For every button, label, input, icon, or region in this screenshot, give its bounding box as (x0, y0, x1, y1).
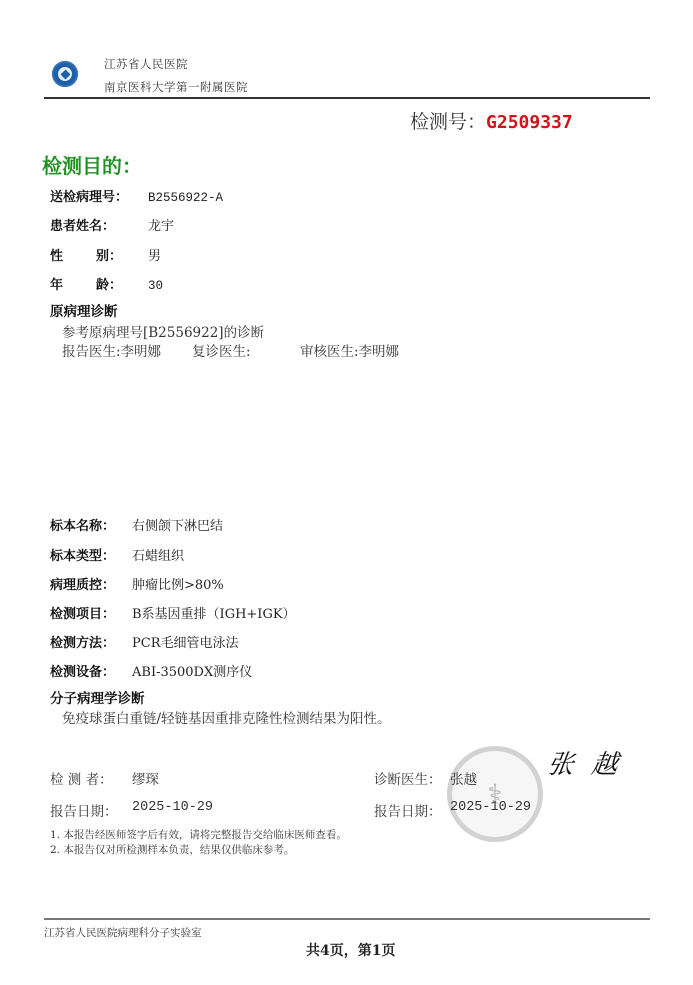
hospital-name-primary: 江苏省人民医院 (104, 56, 188, 72)
test-method-label: 检测方法： (50, 632, 132, 651)
patient-name-value: 龙宇 (148, 215, 174, 234)
pathology-qc-label: 病理质控： (50, 574, 132, 593)
tester-value: 缪琛 (132, 768, 159, 788)
specimen-type-value: 石蜡组织 (132, 545, 184, 564)
age-label-b: 龄： (96, 274, 148, 293)
test-number-label: 检测号： (410, 111, 486, 133)
test-number-value: G2509337 (486, 112, 573, 133)
sex-label-a: 性 (50, 245, 96, 264)
test-method-value: PCR毛细管电泳法 (132, 632, 238, 651)
pathology-qc-value: 肿瘤比例>80% (132, 574, 224, 593)
pathology-qc-row: 病理质控： 肿瘤比例>80% (50, 574, 224, 593)
specimen-name-row: 标本名称： 右侧颌下淋巴结 (50, 515, 223, 534)
diagnosis-doctor-label: 诊断医生： (374, 768, 442, 788)
tester-label: 检 测 者： (50, 768, 113, 788)
patient-age-value: 30 (148, 279, 163, 293)
pathology-number-label: 送检病理号： (50, 186, 148, 205)
molecular-diagnosis-text: 免疫球蛋白重链/轻链基因重排克隆性检测结果为阳性。 (62, 707, 391, 727)
sex-label-b: 别： (96, 245, 148, 264)
specimen-name-label: 标本名称： (50, 515, 132, 534)
original-diagnosis-text: 参考原病理号[B2556922]的诊断 (62, 321, 264, 341)
report-note-1: 1. 本报告经医师签字后有效，请将完整报告交给临床医师查看。 (50, 828, 347, 843)
hospital-emblem-icon (52, 61, 78, 87)
test-item-value: B系基因重排（IGH+IGK） (132, 603, 296, 622)
report-date-label-left: 报告日期： (50, 800, 118, 820)
footer-lab-name: 江苏省人民医院病理科分子实验室 (44, 925, 202, 940)
test-device-label: 检测设备： (50, 661, 132, 680)
test-item-label: 检测项目： (50, 603, 132, 622)
official-seal-icon: ⚕ (447, 746, 543, 842)
test-method-row: 检测方法： PCR毛细管电泳法 (50, 632, 238, 651)
patient-name-label: 患者姓名： (50, 215, 148, 234)
molecular-diagnosis-title: 分子病理学诊断 (50, 687, 145, 707)
pathology-number-row: 送检病理号： B2556922-A (50, 186, 223, 205)
review-doctor: 复诊医生: (192, 340, 251, 360)
diagnosis-doctor-value: 张越 (450, 768, 477, 788)
page-indicator: 共4页，第1页 (306, 940, 395, 960)
report-doctor: 报告医生:李明娜 (62, 340, 161, 360)
specimen-type-row: 标本类型： 石蜡组织 (50, 545, 184, 564)
footer-divider (44, 918, 650, 920)
pathology-number-value: B2556922-A (148, 191, 223, 205)
test-item-row: 检测项目： B系基因重排（IGH+IGK） (50, 603, 296, 622)
report-date-left: 2025-10-29 (132, 800, 213, 815)
report-date-label-right: 报告日期： (374, 800, 442, 820)
purpose-title: 检测目的： (42, 150, 142, 179)
patient-name-row: 患者姓名： 龙宇 (50, 215, 174, 234)
patient-sex-row: 性 别： 男 (50, 245, 161, 264)
specimen-name-value: 右侧颌下淋巴结 (132, 515, 223, 534)
header-divider (44, 97, 650, 99)
audit-doctor: 审核医生:李明娜 (300, 340, 399, 360)
report-date-right: 2025-10-29 (450, 800, 531, 815)
test-number: 检测号：G2509337 (410, 107, 573, 134)
patient-sex-value: 男 (148, 245, 161, 264)
test-device-value: ABI-3500DX测序仪 (132, 661, 252, 680)
report-note-2: 2. 本报告仅对所检测样本负责，结果仅供临床参考。 (50, 843, 294, 858)
handwritten-signature: 张越 (545, 744, 638, 781)
age-label-a: 年 (50, 274, 96, 293)
hospital-name-secondary: 南京医科大学第一附属医院 (104, 79, 248, 95)
original-diagnosis-title: 原病理诊断 (50, 300, 118, 320)
patient-age-row: 年 龄： 30 (50, 274, 163, 293)
specimen-type-label: 标本类型： (50, 545, 132, 564)
test-device-row: 检测设备： ABI-3500DX测序仪 (50, 661, 252, 680)
